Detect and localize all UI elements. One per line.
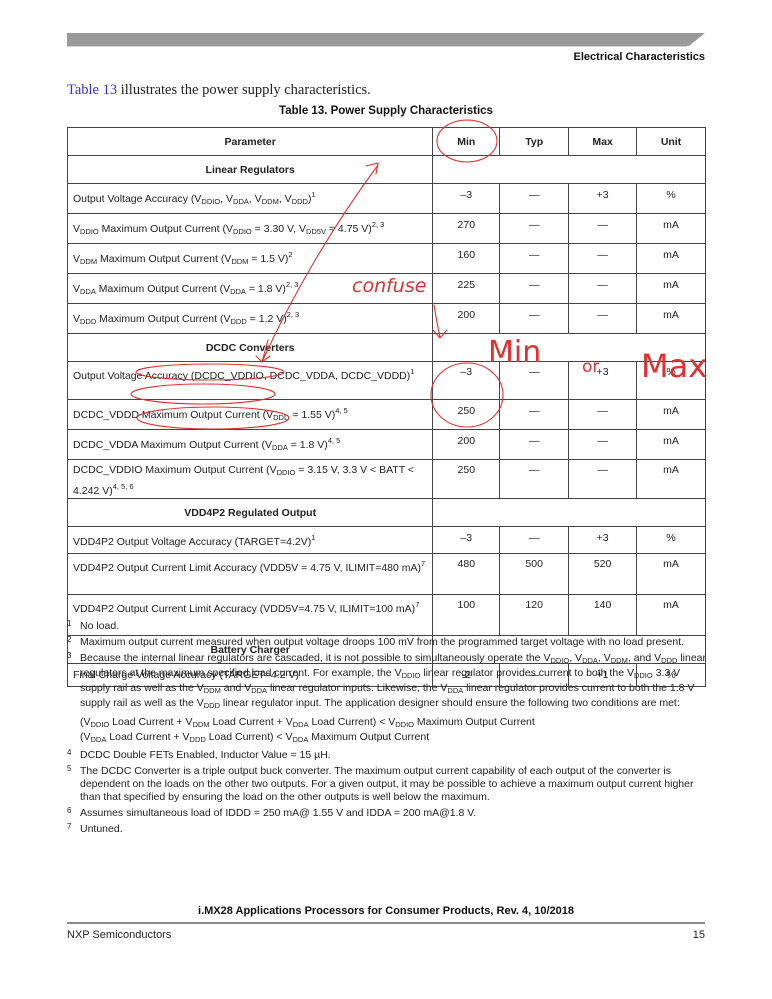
condition-2: (VDDA Load Current + VDDD Load Current) … [80,731,707,746]
col-header-typ: Typ [500,128,569,156]
footnote-4: 4DCDC Double FETs Enabled, Inductor Valu… [67,749,707,762]
footnote-1: 1No load. [67,620,707,633]
table-row: VDD4P2 Output Voltage Accuracy (TARGET=4… [68,527,706,554]
section-title: Electrical Characteristics [574,51,705,63]
footer-rule [67,922,705,924]
footnote-5: 5The DCDC Converter is a triple output b… [67,765,707,804]
footer-document-title: i.MX28 Applications Processors for Consu… [0,905,772,917]
header-bar [67,33,705,46]
intro-paragraph: Table 13 illustrates the power supply ch… [67,82,371,99]
footnotes: 1No load. 2Maximum output current measur… [67,620,707,839]
footnote-3: 3Because the internal linear regulators … [67,652,707,746]
table-title: Table 13. Power Supply Characteristics [0,105,772,117]
table-row: VDD4P2 Output Current Limit Accuracy (VD… [68,554,706,595]
footnote-7: 7Untuned. [67,823,707,836]
footer-company: NXP Semiconductors [67,929,171,941]
table-row: Output Voltage Accuracy (VDDIO, VDDA, VD… [68,184,706,214]
table-row: DCDC_VDDIO Maximum Output Current (VDDIO… [68,460,706,499]
table-header-row: Parameter Min Typ Max Unit [68,128,706,156]
power-supply-table: Parameter Min Typ Max Unit Linear Regula… [67,127,706,687]
section-row-dcdc-converters: DCDC Converters [68,334,706,362]
table-row: VDDM Maximum Output Current (VDDM = 1.5 … [68,244,706,274]
table-row: VDDD Maximum Output Current (VDDD = 1.2 … [68,304,706,334]
table-13-link[interactable]: Table 13 [67,82,117,98]
condition-1: (VDDIO Load Current + VDDM Load Current … [80,716,707,731]
page-number: 15 [693,929,705,941]
table-row: DCDC_VDDD Maximum Output Current (VDDD =… [68,400,706,430]
footnote-2: 2Maximum output current measured when ou… [67,636,707,649]
table-row: VDDA Maximum Output Current (VDDA = 1.8 … [68,274,706,304]
table-row: Output Voltage Accuracy (DCDC_VDDIO, DCD… [68,362,706,400]
footnote-6: 6Assumes simultaneous load of IDDD = 250… [67,807,707,820]
col-header-min: Min [433,128,500,156]
section-row-vdd4p2: VDD4P2 Regulated Output [68,499,706,527]
table-row: DCDC_VDDA Maximum Output Current (VDDA =… [68,430,706,460]
col-header-max: Max [569,128,637,156]
col-header-parameter: Parameter [68,128,433,156]
col-header-unit: Unit [637,128,706,156]
section-row-linear-regulators: Linear Regulators [68,156,706,184]
table-row: VDDIO Maximum Output Current (VDDIO = 3.… [68,214,706,244]
header-rule [67,46,687,47]
